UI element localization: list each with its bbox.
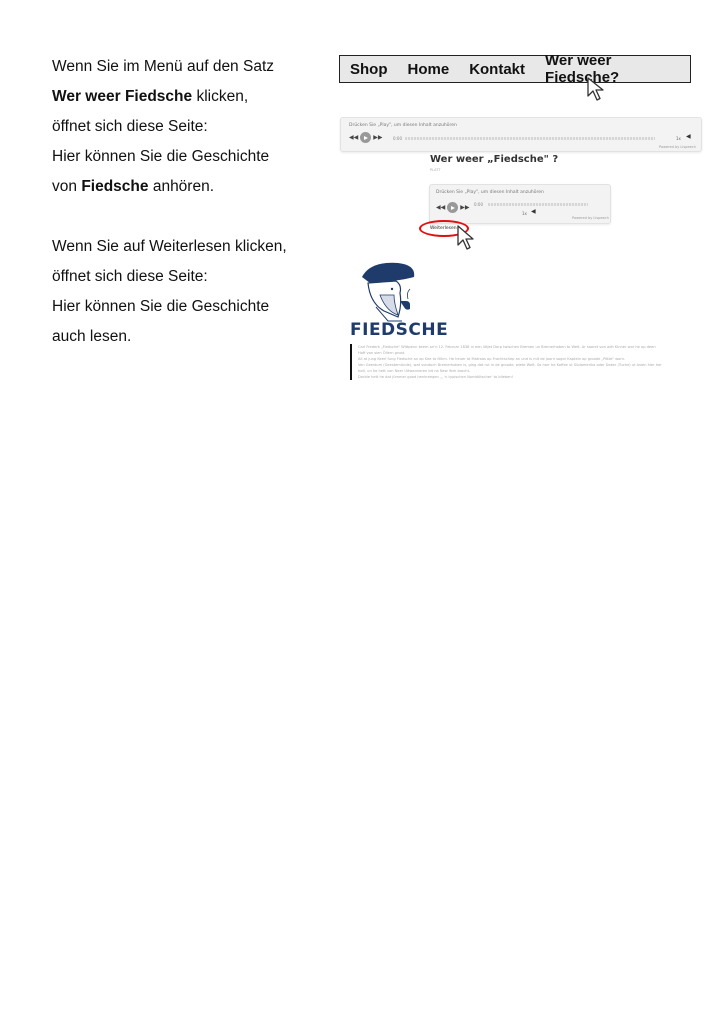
instruction-line: auch lesen. (52, 322, 332, 352)
fast-forward-icon[interactable]: ▶▶ (373, 134, 382, 141)
player-hint: Drücken Sie „Play", um diesen Inhalt anz… (436, 190, 544, 195)
bold-text: Wer weer Fiedsche (52, 88, 192, 105)
text: von (52, 178, 81, 195)
logo-text: FIEDSCHE (350, 320, 448, 340)
play-icon[interactable] (360, 132, 371, 143)
cursor-icon (456, 224, 482, 252)
bold-text: Fiedsche (81, 178, 148, 195)
page-subtitle: PLATT (430, 168, 440, 172)
menu-item-wer-weer-fiedsche[interactable]: Wer weer Fiedsche? (545, 52, 680, 86)
text: Hier können Sie die Geschichte (52, 148, 269, 165)
story-text: Carl Frederk „Fiedsche" Wittpenn keem an… (350, 344, 708, 380)
rewind-icon[interactable]: ◀◀ (436, 204, 445, 211)
speed-button[interactable]: 1x (522, 211, 527, 216)
audio-player-small: Drücken Sie „Play", um diesen Inhalt anz… (429, 184, 611, 224)
text: Wenn Sie im Menü auf den Satz (52, 58, 274, 75)
audio-player: Drücken Sie „Play", um diesen Inhalt anz… (340, 117, 702, 152)
text: öffnet sich diese Seite: (52, 118, 208, 135)
text: Wenn Sie auf Weiterlesen klicken, (52, 238, 287, 255)
player-time: 0:00 (393, 136, 402, 141)
story-line: Dorbie hett he dat jümmer good henkreege… (358, 374, 708, 380)
player-hint: Drücken Sie „Play", um diesen Inhalt anz… (349, 123, 457, 128)
instruction-line: Hier können Sie die Geschichte (52, 142, 332, 172)
powered-by: Powered by Lispeech (572, 216, 609, 220)
instruction-line: Wer weer Fiedsche klicken, (52, 82, 332, 112)
play-icon[interactable] (447, 202, 458, 213)
nav-menu: Shop Home Kontakt Wer weer Fiedsche? (339, 55, 691, 83)
story-line: Carl Frederk „Fiedsche" Wittpenn keem an… (358, 344, 708, 350)
speed-button[interactable]: 1x (676, 136, 681, 141)
page-title: Wer weer „Fiedsche" ? (430, 154, 558, 165)
text: klicken, (192, 88, 248, 105)
menu-item-home[interactable]: Home (408, 61, 450, 78)
instructions-text: Wenn Sie im Menü auf den Satz Wer weer F… (52, 52, 332, 352)
waveform-scrubber[interactable] (488, 203, 588, 206)
instruction-line: Wenn Sie auf Weiterlesen klicken, (52, 232, 332, 262)
cursor-icon (586, 76, 612, 102)
text: öffnet sich diese Seite: (52, 268, 208, 285)
instruction-line: Hier können Sie die Geschichte (52, 292, 332, 322)
text: anhören. (149, 178, 215, 195)
waveform-scrubber[interactable] (405, 137, 655, 140)
volume-icon[interactable]: ◀ (686, 133, 691, 140)
text: Hier können Sie die Geschichte (52, 298, 269, 315)
instruction-line: von Fiedsche anhören. (52, 172, 332, 202)
rewind-icon[interactable]: ◀◀ (349, 134, 358, 141)
fast-forward-icon[interactable]: ▶▶ (460, 204, 469, 211)
volume-icon[interactable]: ◀ (531, 208, 536, 215)
instruction-line: öffnet sich diese Seite: (52, 112, 332, 142)
instruction-line: Wenn Sie im Menü auf den Satz (52, 52, 332, 82)
instruction-line: öffnet sich diese Seite: (52, 262, 332, 292)
player-time: 0:00 (474, 202, 483, 207)
text: auch lesen. (52, 328, 131, 345)
menu-item-shop[interactable]: Shop (350, 61, 388, 78)
menu-item-kontakt[interactable]: Kontakt (469, 61, 525, 78)
powered-by: Powered by Lispeech (659, 145, 696, 149)
